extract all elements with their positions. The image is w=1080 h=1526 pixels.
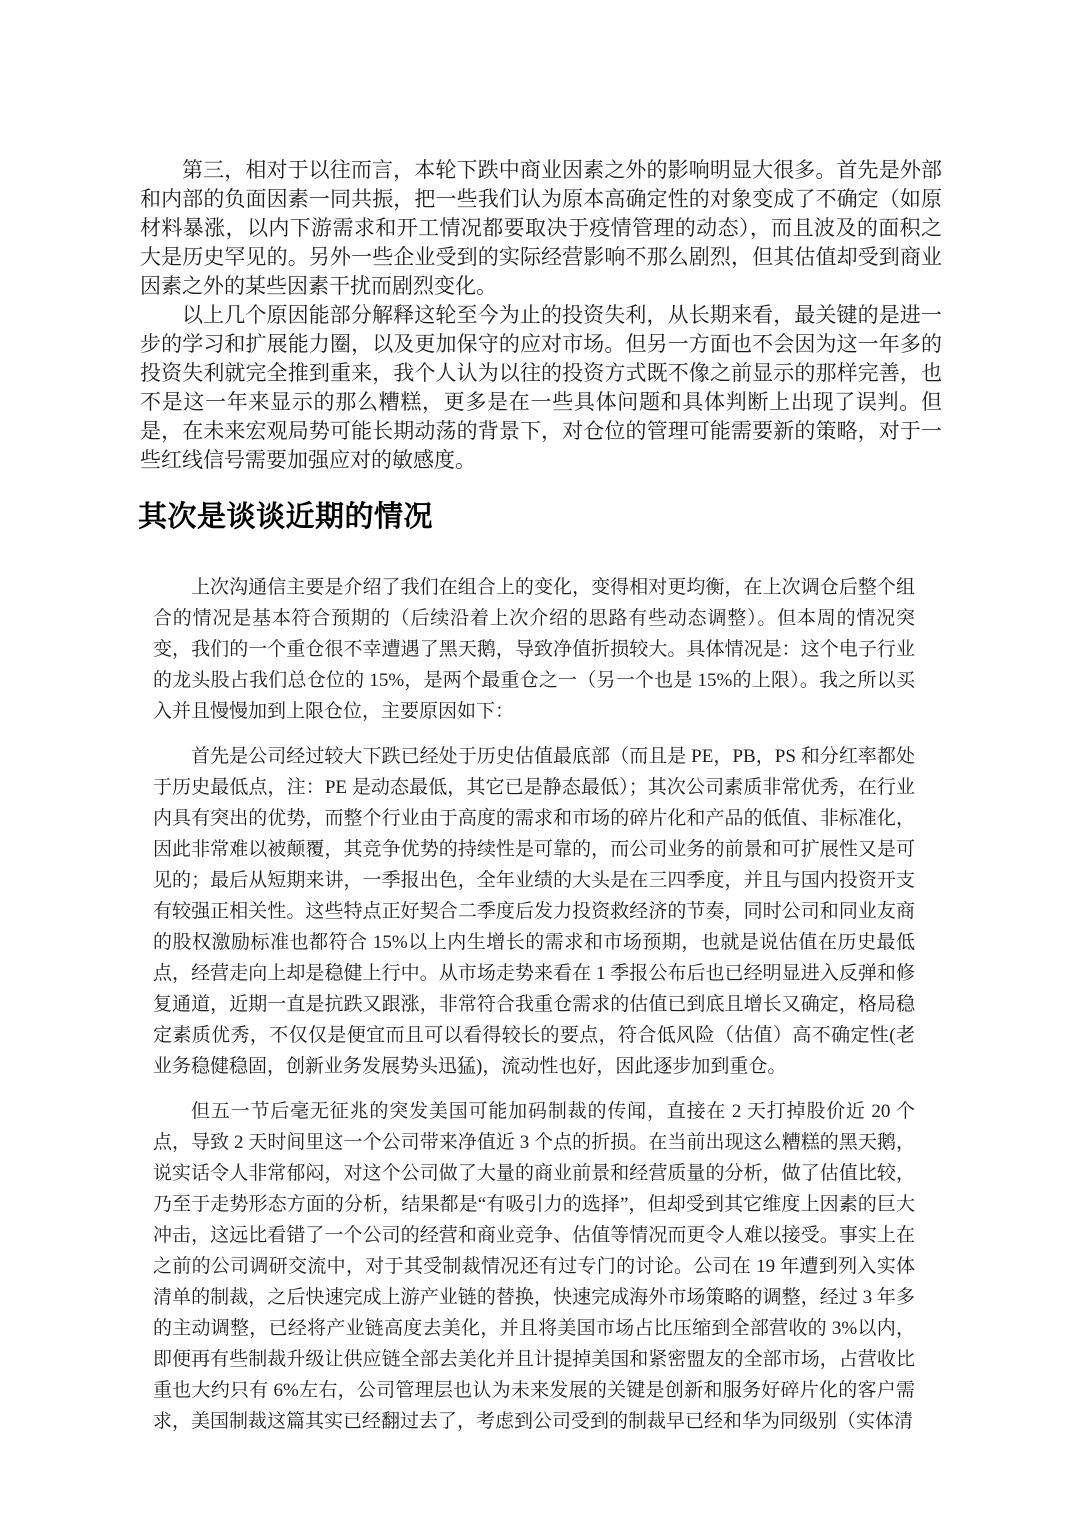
body-section: 上次沟通信主要是介绍了我们在组合上的变化，变得相对更均衡，在上次调仓后整个组合的… [153,572,915,1437]
paragraph: 以上几个原因能部分解释这轮至今为止的投资失利，从长期来看，最关键的是进一步的学习… [140,301,942,475]
intro-section: 第三，相对于以往而言，本轮下跌中商业因素之外的影响明显大很多。首先是外部和内部的… [140,156,942,475]
paragraph: 但五一节后毫无征兆的突发美国可能加码制裁的传闻，直接在 2 天打掉股价近 20 … [153,1096,915,1437]
section-heading: 其次是谈谈近期的情况 [138,494,433,535]
document-page: 第三，相对于以往而言，本轮下跌中商业因素之外的影响明显大很多。首先是外部和内部的… [0,0,1080,1526]
paragraph: 上次沟通信主要是介绍了我们在组合上的变化，变得相对更均衡，在上次调仓后整个组合的… [153,572,915,727]
paragraph: 首先是公司经过较大下跌已经处于历史估值最底部（而且是 PE，PB，PS 和分红率… [153,741,915,1082]
paragraph: 第三，相对于以往而言，本轮下跌中商业因素之外的影响明显大很多。首先是外部和内部的… [140,156,942,301]
